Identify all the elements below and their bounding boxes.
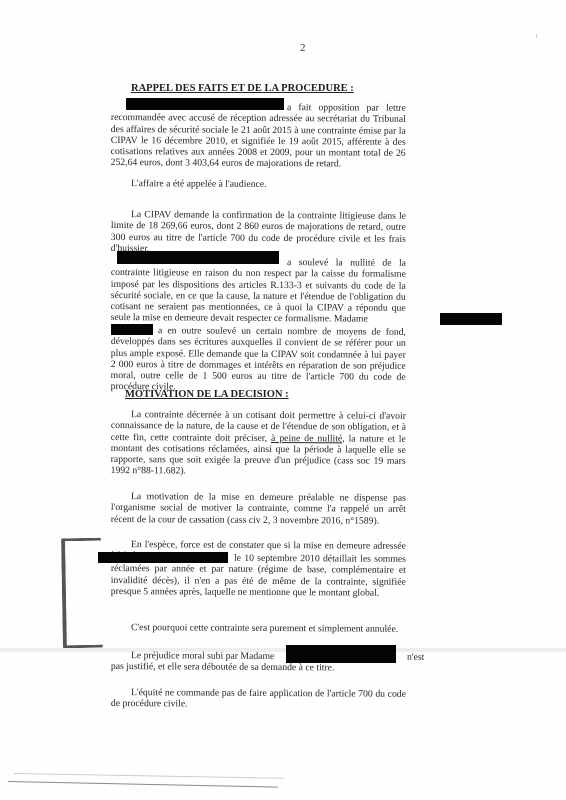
paragraph-en-espece-cont: le 10 septembre 2010 détaillait les somm… [111, 552, 406, 599]
section-heading-rappel: RAPPEL DES FAITS ET DE LA PROCEDURE : [131, 83, 354, 94]
paragraph-text: a soulevé la nullité de la contrainte li… [111, 257, 406, 325]
paragraph-audience: L'affaire a été appelée à l'audience. [111, 178, 406, 191]
paragraph-nullite: a soulevé la nullité de la contrainte li… [111, 256, 406, 326]
paragraph-equite: L'équité ne commande pas de faire applic… [111, 687, 406, 711]
paragraph-text: La CIPAV demande la confirmation de la c… [111, 209, 406, 254]
section-heading-motivation: MOTIVATION DE LA DECISION : [125, 389, 289, 400]
paragraph-text: C'est pourquoi cette contrainte sera pur… [131, 622, 398, 635]
scan-artifact-line [14, 773, 284, 779]
paragraph-cipav-demande: La CIPAV demande la confirmation de la c… [111, 209, 406, 256]
paragraph-motivation-mise-en-demeure: La motivation de la mise en demeure préa… [111, 491, 406, 527]
bottom-rule-line [8, 781, 278, 788]
paragraph-text: L'équité ne commande pas de faire applic… [111, 687, 406, 710]
heading-colon: : [348, 83, 354, 94]
paragraph-prejudice-moral-cont: n'est pas justifié, et elle sera débouté… [111, 650, 406, 674]
heading-colon: : [282, 389, 288, 400]
paragraph-text: n'est pas justifié, et elle sera débouté… [111, 652, 424, 674]
paragraph-moyens-fond: a en outre soulevé un certain nombre de … [111, 325, 406, 395]
document-page: · · 1 2 RAPPEL DES FAITS ET DE LA PROCED… [0, 0, 566, 800]
page-number: 2 [300, 42, 306, 54]
paragraph-text: La motivation de la mise en demeure préa… [111, 491, 406, 526]
paragraph-contrainte-decernee: La contrainte décernée à un cotisant doi… [111, 409, 406, 479]
paragraph-opposition: a fait opposition par lettre recommandée… [111, 101, 406, 171]
heading-text: MOTIVATION DE LA DECISION [125, 389, 282, 400]
paragraph-text: le 10 septembre 2010 détaillait les somm… [111, 553, 406, 599]
paragraph-text: L'affaire a été appelée à l'audience. [131, 178, 267, 190]
paragraph-text: a fait opposition par lettre recommandée… [111, 102, 406, 170]
heading-text: RAPPEL DES FAITS ET DE LA PROCEDURE [131, 83, 348, 94]
paragraph-annulation: C'est pourquoi cette contrainte sera pur… [111, 622, 406, 635]
scan-corner-mark: · · 1 [512, 34, 542, 40]
handwritten-bracket-annotation [61, 538, 103, 649]
paragraph-text: a en outre soulevé un certain nombre de … [111, 325, 406, 393]
redaction-box [440, 313, 502, 325]
underlined-text: à peine de nullité [271, 433, 342, 444]
